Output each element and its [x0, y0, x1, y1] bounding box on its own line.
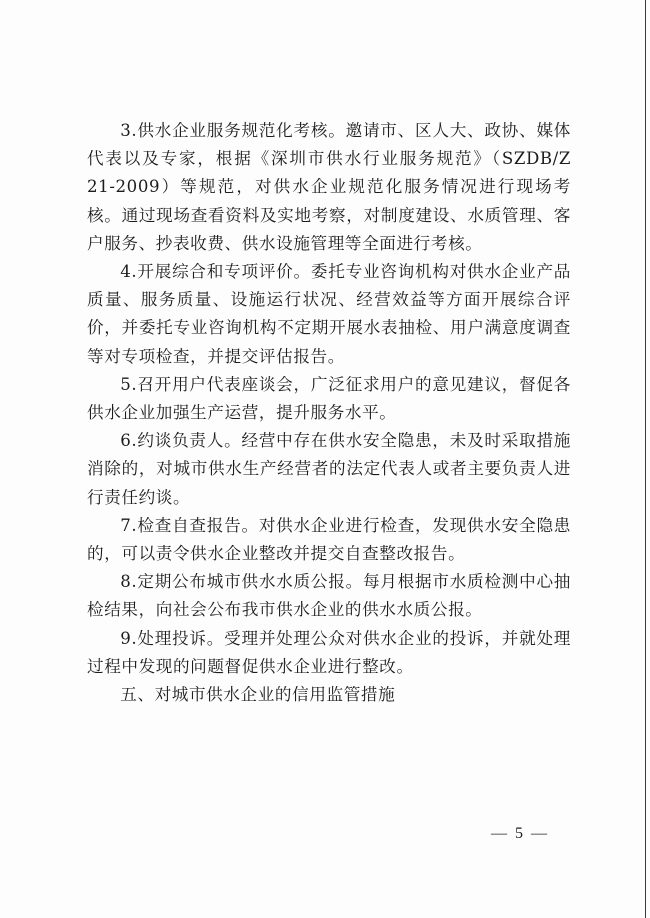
paragraph-3-service-assessment: 3.供水企业服务规范化考核。邀请市、区人大、政协、媒体代表以及专家，根据《深圳市…	[87, 117, 571, 258]
section-heading: 五、对城市供水企业的信用监管措施	[87, 681, 571, 709]
paragraph-7-self-inspection: 7.检查自查报告。对供水企业进行检查，发现供水安全隐患的，可以责令供水企业整改并…	[87, 512, 571, 568]
paragraph-6-interview-responsible: 6.约谈负责人。经营中存在供水安全隐患，未及时采取措施消除的，对城市供水生产经营…	[87, 427, 571, 512]
paragraph-5-user-symposium: 5.召开用户代表座谈会，广泛征求用户的意见建议，督促各供水企业加强生产运营，提升…	[87, 371, 571, 427]
paragraph-9-complaints: 9.处理投诉。受理并处理公众对供水企业的投诉，并就处理过程中发现的问题督促供水企…	[87, 625, 571, 681]
document-page: 3.供水企业服务规范化考核。邀请市、区人大、政协、媒体代表以及专家，根据《深圳市…	[0, 0, 650, 918]
page-number: — 5 —	[491, 825, 549, 843]
document-body: 3.供水企业服务规范化考核。邀请市、区人大、政协、媒体代表以及专家，根据《深圳市…	[87, 117, 571, 709]
paragraph-8-water-quality-bulletin: 8.定期公布城市供水水质公报。每月根据市水质检测中心抽检结果，向社会公布我市供水…	[87, 568, 571, 624]
scan-edge-line	[645, 0, 646, 918]
paragraph-4-comprehensive-evaluation: 4.开展综合和专项评价。委托专业咨询机构对供水企业产品质量、服务质量、设施运行状…	[87, 258, 571, 371]
